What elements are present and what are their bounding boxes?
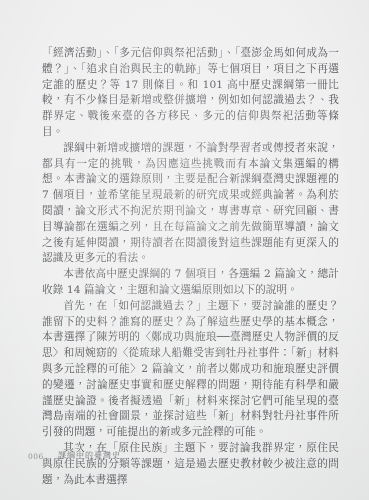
footer-book-title: 課綱中的臺灣史	[58, 451, 121, 461]
paragraph: 課綱中新增或擴增的課題，不論對學習者或傳授者來說，都具有一定的挑戰，為因應這些挑…	[42, 141, 339, 267]
paragraph: 其次，在「原住民族」主題下，要討論我群界定，原住民與原住民族的分類等課題，這是過…	[42, 441, 339, 488]
page-body-text: 「經濟活動」、「多元信仰與祭祀活動」、「臺澎金馬如何成為一體？」、「追求自治與民…	[42, 46, 339, 488]
paragraph: 本書依高中歷史課綱的 7 個項目，各選編 2 篇論文，總計收錄 14 篇論文，主…	[42, 267, 339, 299]
book-page-scan: 「經濟活動」、「多元信仰與祭祀活動」、「臺澎金馬如何成為一體？」、「追求自治與民…	[0, 0, 369, 500]
footer-page-number: 006	[28, 452, 44, 462]
paragraph: 首先，在「如何認識過去？」主題下，要討論誰的歷史？誰留下的史料？誰寫的歷史？為了…	[42, 299, 339, 441]
paragraph: 「經濟活動」、「多元信仰與祭祀活動」、「臺澎金馬如何成為一體？」、「追求自治與民…	[42, 46, 339, 141]
